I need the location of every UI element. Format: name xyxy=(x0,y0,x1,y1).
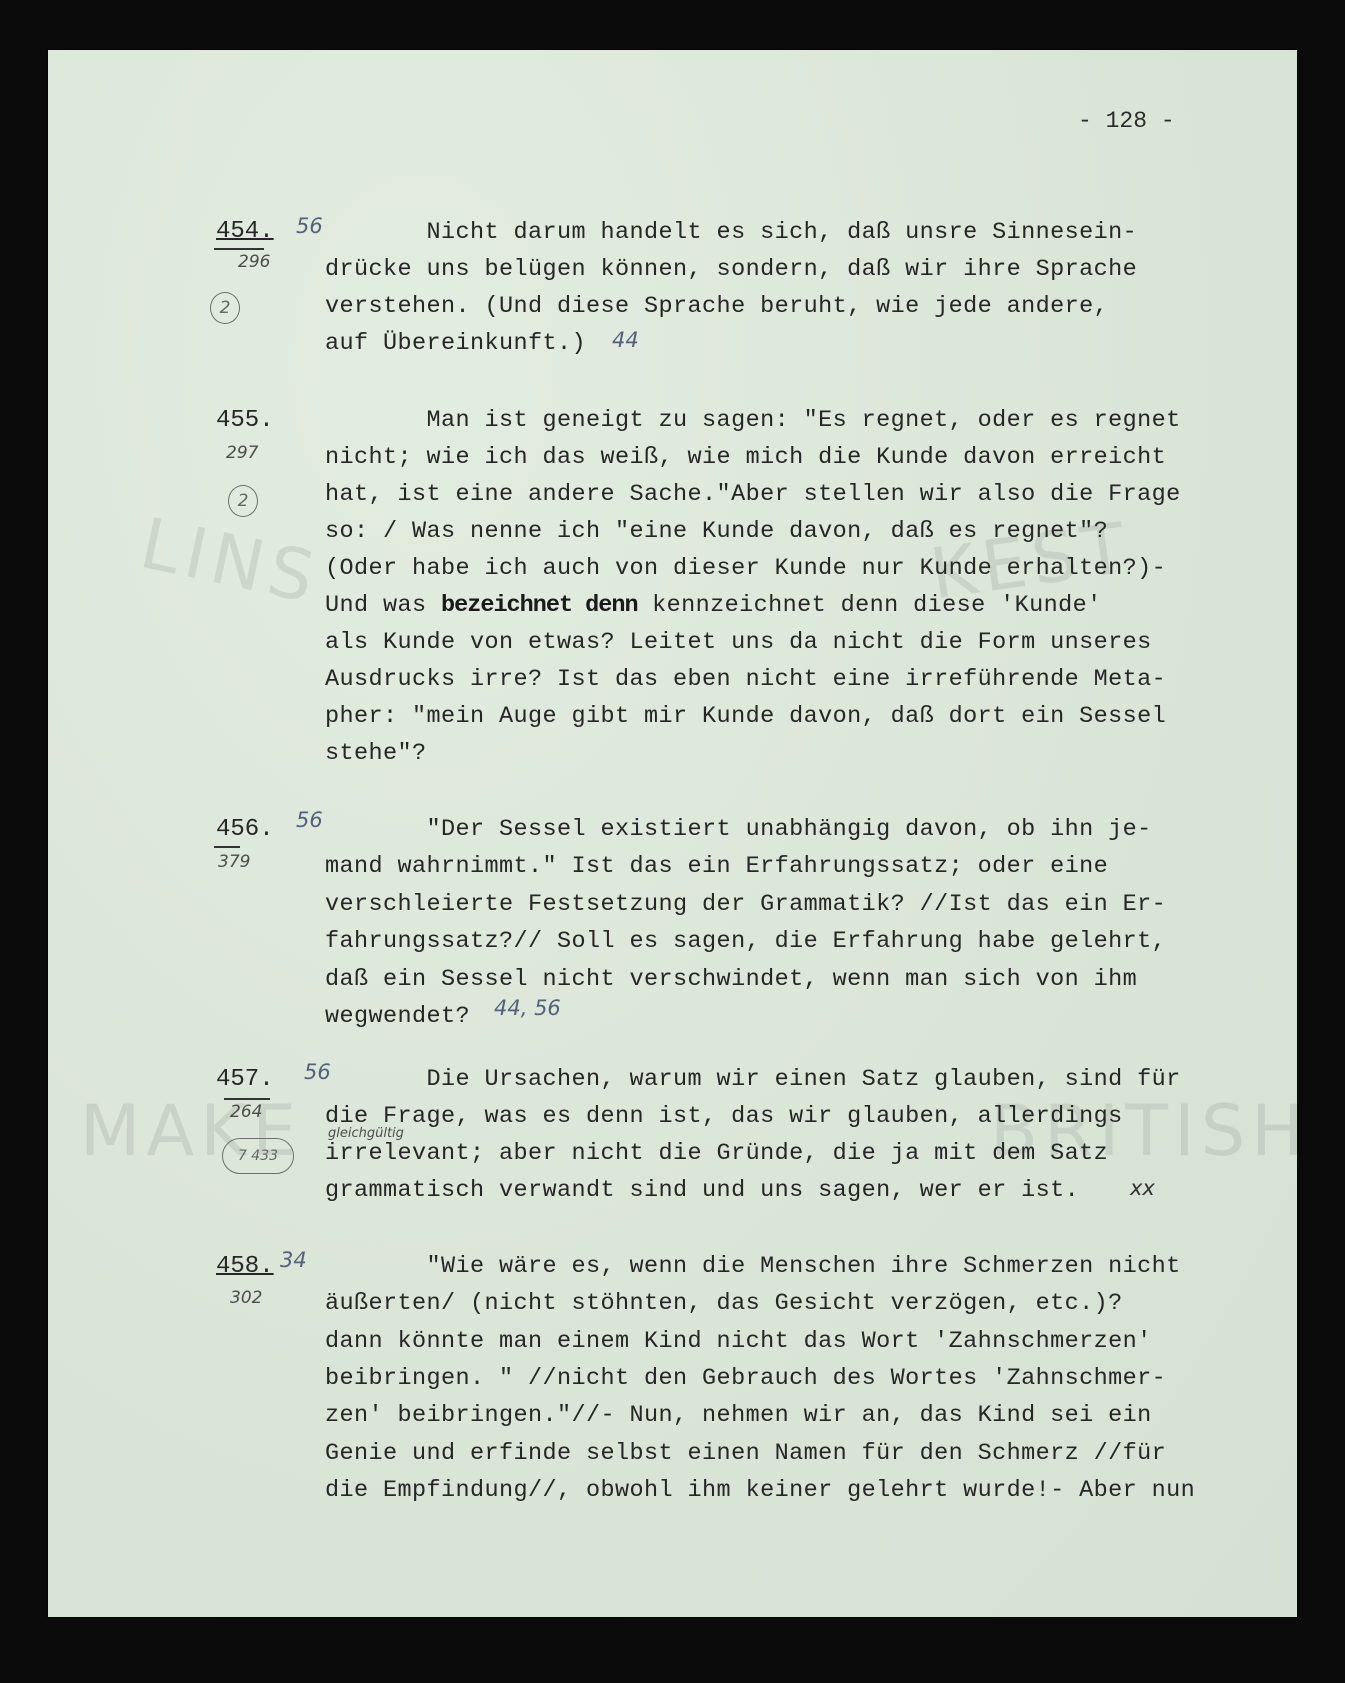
text-line: verstehen. (Und diese Sprache beruht, wi… xyxy=(325,293,1108,320)
text-line: die Frage, was es denn ist, das wir glau… xyxy=(325,1103,1123,1130)
handwritten-ref-below: 302 xyxy=(230,1288,262,1308)
ref-underline xyxy=(214,248,264,250)
text-line: Man ist geneigt zu sagen: "Es regnet, od… xyxy=(325,407,1181,434)
text-line: "Der Sessel existiert unabhängig davon, … xyxy=(325,816,1152,843)
handwritten-ref-below: 297 xyxy=(226,443,258,463)
paragraph-number: 457. xyxy=(216,1066,274,1093)
handwritten-ref-below: 379 xyxy=(218,852,250,872)
text-line: "Wie wäre es, wenn die Menschen ihre Sch… xyxy=(325,1253,1181,1280)
text-line: Die Ursachen, warum wir einen Satz glaub… xyxy=(325,1066,1181,1093)
page-number: - 128 - xyxy=(1078,108,1175,134)
ref-underline xyxy=(224,1098,270,1100)
text-line: daß ein Sessel nicht verschwindet, wenn … xyxy=(325,966,1137,993)
text-line: Nicht darum handelt es sich, daß unsre S… xyxy=(325,219,1137,246)
text-line: dann könnte man einem Kind nicht das Wor… xyxy=(325,1328,1152,1355)
text-line: mand wahrnimmt." Ist das ein Erfahrungss… xyxy=(325,853,1108,880)
handwritten-ref: 34 xyxy=(280,1248,307,1272)
text-line: zen' beibringen."//- Nun, nehmen wir an,… xyxy=(325,1402,1152,1429)
text-line: irrelevant; aber nicht die Gründe, die j… xyxy=(325,1140,1108,1167)
text-fragment: kennzeichnet denn diese 'Kunde' xyxy=(638,592,1102,619)
circled-annotation: 7 433 xyxy=(222,1138,294,1174)
text-line: drücke uns belügen können, sondern, daß … xyxy=(325,256,1137,283)
text-line: grammatisch verwandt sind und uns sagen,… xyxy=(325,1177,1079,1204)
text-line: als Kunde von etwas? Leitet uns da nicht… xyxy=(325,629,1152,656)
struck-out-text: bezeichnet denn xyxy=(441,592,638,619)
handwritten-ref: 56 xyxy=(296,214,323,238)
handwritten-ref-below: 296 xyxy=(238,252,270,272)
ref-underline xyxy=(214,846,240,848)
text-line: Genie und erfinde selbst einen Namen für… xyxy=(325,1440,1166,1467)
text-line: hat, ist eine andere Sache."Aber stellen… xyxy=(325,481,1181,508)
paragraph-number: 454. xyxy=(216,218,274,245)
handwritten-end-note: xx xyxy=(1130,1176,1155,1200)
text-line: äußerten/ (nicht stöhnten, das Gesicht v… xyxy=(325,1290,1123,1317)
text-line: wegwendet? xyxy=(325,1003,470,1030)
paragraph-number: 458. xyxy=(216,1253,274,1280)
paragraph-number: 455. xyxy=(216,407,274,434)
handwritten-end-note: 44, 56 xyxy=(494,996,561,1020)
text-fragment: Und was xyxy=(325,592,441,619)
handwritten-ref: 56 xyxy=(296,808,323,832)
text-line: (Oder habe ich auch von dieser Kunde nur… xyxy=(325,555,1166,582)
text-line: nicht; wie ich das weiß, wie mich die Ku… xyxy=(325,444,1166,471)
text-line: pher: "mein Auge gibt mir Kunde davon, d… xyxy=(325,703,1166,730)
text-line: beibringen. " //nicht den Gebrauch des W… xyxy=(325,1365,1166,1392)
circled-annotation: 2 xyxy=(210,292,240,324)
handwritten-ref-below: 264 xyxy=(230,1102,262,1122)
text-line: Ausdrucks irre? Ist das eben nicht eine … xyxy=(325,666,1166,693)
text-line: auf Übereinkunft.) xyxy=(325,330,586,357)
handwritten-end-note: 44 xyxy=(612,328,639,352)
circled-annotation: 2 xyxy=(228,485,258,517)
text-line: Und was bezeichnet denn kennzeichnet den… xyxy=(325,592,1102,619)
text-line: so: / Was nenne ich "eine Kunde davon, d… xyxy=(325,518,1108,545)
text-line: stehe"? xyxy=(325,740,427,767)
text-line: fahrungssatz?// Soll es sagen, die Erfah… xyxy=(325,928,1166,955)
text-line: verschleierte Festsetzung der Grammatik?… xyxy=(325,891,1166,918)
paragraph-number: 456. xyxy=(216,816,274,843)
text-line: die Empfindung//, obwohl ihm keiner gele… xyxy=(325,1477,1195,1504)
